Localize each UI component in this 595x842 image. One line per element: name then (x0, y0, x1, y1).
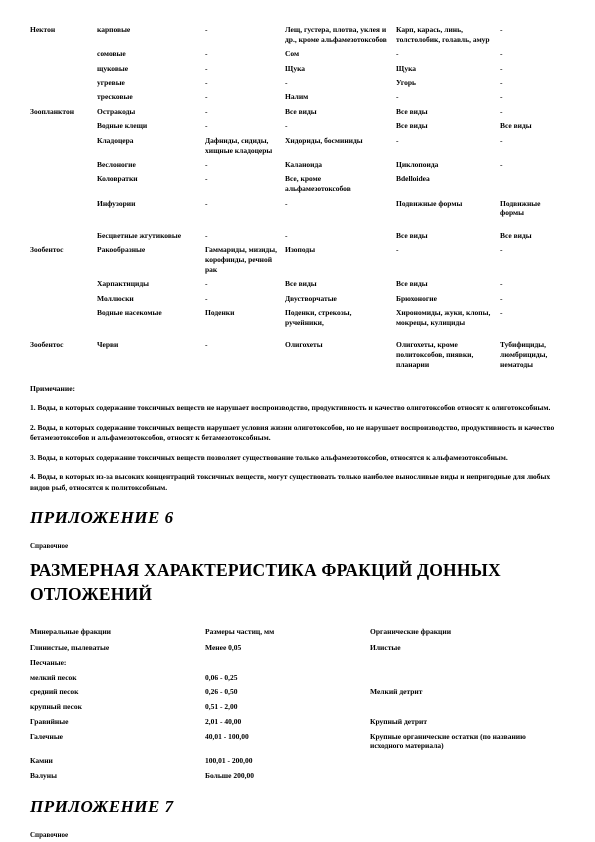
cell-organic-fraction: Мелкий детрит (370, 687, 568, 702)
cell-betamesotoxobic: Налим (285, 92, 396, 106)
cell-group (30, 49, 97, 63)
cell-particle-size (205, 658, 370, 673)
cell-particle-size: 0,26 - 0,50 (205, 687, 370, 702)
cell-organic-fraction (370, 658, 568, 673)
table-row: Веслоногие - Каланоида Циклопоида - (30, 160, 568, 174)
cell-polytoxobic: - (500, 78, 568, 92)
table-row: Кладоцера Дафниды, сидиды, хищные кладоц… (30, 136, 568, 160)
cell-alphamesotoxobic: Все виды (396, 107, 500, 121)
cell-alphamesotoxobic: - (396, 49, 500, 63)
cell-alphamesotoxobic: Щука (396, 64, 500, 78)
cell-betamesotoxobic: Хидориды, босминиды (285, 136, 396, 160)
cell-polytoxobic: Все виды (500, 231, 568, 245)
cell-mineral-fraction: средний песок (30, 687, 205, 702)
cell-alphamesotoxobic: Все виды (396, 279, 500, 293)
notes-section: Примечание: 1. Воды, в которых содержани… (30, 384, 568, 494)
document-page: Нектон карповые - Лещ, густера, плотва, … (0, 0, 595, 842)
cell-taxon: Бесцветные жгутиковые (97, 231, 205, 245)
cell-taxon: Кладоцера (97, 136, 205, 160)
cell-betamesotoxobic: Все, кроме альфамезотоксобов (285, 174, 396, 198)
cell-oligotoxobic: - (205, 160, 285, 174)
cell-polytoxobic: - (500, 279, 568, 293)
cell-betamesotoxobic: Сом (285, 49, 396, 63)
note-paragraph: 2. Воды, в которых содержание токсичных … (30, 423, 568, 444)
cell-group: Нектон (30, 25, 97, 49)
appendix-6-title: РАЗМЕРНАЯ ХАРАКТЕРИСТИКА ФРАКЦИЙ ДОННЫХ … (30, 559, 550, 606)
cell-polytoxobic: - (500, 49, 568, 63)
table-row: Харпактициды - Все виды Все виды - (30, 279, 568, 293)
cell-group (30, 308, 97, 332)
cell-alphamesotoxobic: - (396, 245, 500, 279)
table-row: Моллюски - Двустворчатые Брюхоногие - (30, 294, 568, 308)
table-row: Валуны Больше 200,00 (30, 771, 568, 786)
cell-oligotoxobic: - (205, 294, 285, 308)
cell-oligotoxobic: Поденки (205, 308, 285, 332)
table-row: Водные насекомые Поденки Поденки, стреко… (30, 308, 568, 332)
table-row: Зоопланктон Остракоды - Все виды Все вид… (30, 107, 568, 121)
cell-polytoxobic: - (500, 294, 568, 308)
cell-alphamesotoxobic: Брюхоногие (396, 294, 500, 308)
cell-betamesotoxobic: Поденки, стрекозы, ручейники, (285, 308, 396, 332)
cell-oligotoxobic: - (205, 340, 285, 374)
table-row: мелкий песок 0,06 - 0,25 (30, 673, 568, 688)
cell-oligotoxobic: - (205, 25, 285, 49)
cell-betamesotoxobic: Изоподы (285, 245, 396, 279)
column-header-organic: Органические фракции (370, 627, 568, 643)
cell-oligotoxobic: - (205, 231, 285, 245)
cell-taxon: Моллюски (97, 294, 205, 308)
cell-alphamesotoxobic: Bdelloidea (396, 174, 500, 198)
cell-organic-fraction (370, 673, 568, 688)
appendix-6-subtitle: Справочное (30, 542, 568, 550)
cell-polytoxobic: - (500, 308, 568, 332)
table-row: Галечные 40,01 - 100,00 Крупные органиче… (30, 732, 568, 757)
table-row: Коловратки - Все, кроме альфамезотоксобо… (30, 174, 568, 198)
cell-oligotoxobic: - (205, 199, 285, 223)
cell-organic-fraction: Крупный детрит (370, 717, 568, 732)
cell-organic-fraction: Крупные органические остатки (по названи… (370, 732, 568, 757)
appendix-7-subtitle: Справочное (30, 831, 568, 839)
cell-organic-fraction (370, 756, 568, 771)
table-row: крупный песок 0,51 - 2,00 (30, 702, 568, 717)
note-paragraph: 1. Воды, в которых содержание токсичных … (30, 403, 568, 414)
cell-mineral-fraction: Глинистые, пылеватые (30, 643, 205, 658)
table-row: средний песок 0,26 - 0,50 Мелкий детрит (30, 687, 568, 702)
cell-oligotoxobic: - (205, 78, 285, 92)
notes-title: Примечание: (30, 384, 568, 395)
table-row: Гравийные 2,01 - 40,00 Крупный детрит (30, 717, 568, 732)
cell-alphamesotoxobic: Карп, карась, линь, толстолобик, голавль… (396, 25, 500, 49)
cell-betamesotoxobic: Лещ, густера, плотва, уклея и др., кроме… (285, 25, 396, 49)
cell-betamesotoxobic: Каланоида (285, 160, 396, 174)
table-row: сомовые - Сом - - (30, 49, 568, 63)
table-row: Нектон карповые - Лещ, густера, плотва, … (30, 25, 568, 49)
cell-taxon: Остракоды (97, 107, 205, 121)
cell-polytoxobic: - (500, 160, 568, 174)
cell-taxon: Ракообразные (97, 245, 205, 279)
cell-alphamesotoxobic: Олигохеты, кроме политоксобов, пиявки, п… (396, 340, 500, 374)
cell-taxon: Водные насекомые (97, 308, 205, 332)
cell-particle-size: 0,06 - 0,25 (205, 673, 370, 688)
cell-particle-size: 2,01 - 40,00 (205, 717, 370, 732)
table-row: тресковые - Налим - - (30, 92, 568, 106)
cell-particle-size: Менее 0,05 (205, 643, 370, 658)
cell-oligotoxobic: - (205, 92, 285, 106)
cell-group (30, 279, 97, 293)
cell-group (30, 121, 97, 135)
cell-polytoxobic: - (500, 136, 568, 160)
cell-group (30, 136, 97, 160)
cell-mineral-fraction: Камни (30, 756, 205, 771)
cell-polytoxobic: Подвижные формы (500, 199, 568, 223)
cell-betamesotoxobic: Щука (285, 64, 396, 78)
cell-taxon: угревые (97, 78, 205, 92)
toxobity-indicator-table: Нектон карповые - Лещ, густера, плотва, … (30, 25, 568, 375)
cell-alphamesotoxobic: Циклопоида (396, 160, 500, 174)
cell-oligotoxobic: Гаммариды, мизиды, корофииды, речной рак (205, 245, 285, 279)
table-row: Зообентос Черви - Олигохеты Олигохеты, к… (30, 332, 568, 374)
cell-taxon: Водные клещи (97, 121, 205, 135)
cell-oligotoxobic: Дафниды, сидиды, хищные кладоцеры (205, 136, 285, 160)
table-row: Камни 100,01 - 200,00 (30, 756, 568, 771)
cell-alphamesotoxobic: - (396, 136, 500, 160)
cell-taxon: тресковые (97, 92, 205, 106)
table-row: Бесцветные жгутиковые - - Все виды Все в… (30, 223, 568, 245)
cell-taxon: Инфузории (97, 199, 205, 223)
cell-polytoxobic: Все виды (500, 121, 568, 135)
appendix-7-label: ПРИЛОЖЕНИЕ 7 (30, 797, 568, 817)
cell-alphamesotoxobic: - (396, 92, 500, 106)
cell-polytoxobic: - (500, 107, 568, 121)
cell-particle-size: Больше 200,00 (205, 771, 370, 786)
cell-polytoxobic: - (500, 245, 568, 279)
cell-organic-fraction (370, 702, 568, 717)
cell-group (30, 294, 97, 308)
cell-taxon: щуковые (97, 64, 205, 78)
note-paragraph: 4. Воды, в которых из-за высоких концент… (30, 472, 568, 493)
cell-group (30, 92, 97, 106)
cell-alphamesotoxobic: Все виды (396, 121, 500, 135)
cell-group (30, 231, 97, 245)
cell-mineral-fraction: крупный песок (30, 702, 205, 717)
cell-group (30, 160, 97, 174)
cell-polytoxobic (500, 174, 568, 198)
cell-particle-size: 0,51 - 2,00 (205, 702, 370, 717)
appendix-6-label: ПРИЛОЖЕНИЕ 6 (30, 508, 568, 528)
table-row: Зообентос Ракообразные Гаммариды, мизиды… (30, 245, 568, 279)
cell-group (30, 78, 97, 92)
cell-particle-size: 100,01 - 200,00 (205, 756, 370, 771)
table-row: щуковые - Щука Щука - (30, 64, 568, 78)
cell-oligotoxobic: - (205, 121, 285, 135)
cell-mineral-fraction: Песчаные: (30, 658, 205, 673)
column-header-size: Размеры частиц, мм (205, 627, 370, 643)
cell-betamesotoxobic: Все виды (285, 279, 396, 293)
table-row: Водные клещи - - Все виды Все виды (30, 121, 568, 135)
cell-mineral-fraction: Валуны (30, 771, 205, 786)
cell-group (30, 199, 97, 223)
cell-betamesotoxobic: - (285, 78, 396, 92)
cell-mineral-fraction: Гравийные (30, 717, 205, 732)
cell-group (30, 64, 97, 78)
cell-alphamesotoxobic: Подвижные формы (396, 199, 500, 223)
cell-mineral-fraction: Галечные (30, 732, 205, 757)
cell-taxon: Черви (97, 340, 205, 374)
fractions-rows: Глинистые, пылеватые Менее 0,05 Илистые … (30, 643, 568, 786)
cell-organic-fraction (370, 771, 568, 786)
cell-taxon: Веслоногие (97, 160, 205, 174)
cell-alphamesotoxobic: Все виды (396, 231, 500, 245)
cell-group: Зообентос (30, 245, 97, 279)
cell-oligotoxobic: - (205, 174, 285, 198)
cell-taxon: сомовые (97, 49, 205, 63)
cell-taxon: Коловратки (97, 174, 205, 198)
cell-polytoxobic: - (500, 92, 568, 106)
cell-oligotoxobic: - (205, 49, 285, 63)
cell-betamesotoxobic: Двустворчатые (285, 294, 396, 308)
cell-mineral-fraction: мелкий песок (30, 673, 205, 688)
cell-taxon: Харпактициды (97, 279, 205, 293)
fractions-table-header: Минеральные фракции Размеры частиц, мм О… (30, 627, 568, 643)
table-row: Песчаные: (30, 658, 568, 673)
cell-betamesotoxobic: - (285, 121, 396, 135)
note-paragraph: 3. Воды, в которых содержание токсичных … (30, 453, 568, 464)
cell-taxon: карповые (97, 25, 205, 49)
notes-list: 1. Воды, в которых содержание токсичных … (30, 403, 568, 493)
cell-organic-fraction: Илистые (370, 643, 568, 658)
cell-betamesotoxobic: - (285, 199, 396, 223)
cell-polytoxobic: - (500, 25, 568, 49)
cell-oligotoxobic: - (205, 64, 285, 78)
cell-group: Зоопланктон (30, 107, 97, 121)
cell-betamesotoxobic: - (285, 231, 396, 245)
column-header-mineral: Минеральные фракции (30, 627, 205, 643)
table-row: Инфузории - - Подвижные формы Подвижные … (30, 199, 568, 223)
cell-betamesotoxobic: Все виды (285, 107, 396, 121)
cell-betamesotoxobic: Олигохеты (285, 340, 396, 374)
cell-alphamesotoxobic: Хирономиды, жуки, клопы, мокрецы, кулици… (396, 308, 500, 332)
cell-polytoxobic: Тубифициды, люмбрициды, нематоды (500, 340, 568, 374)
cell-polytoxobic: - (500, 64, 568, 78)
table-row: Глинистые, пылеватые Менее 0,05 Илистые (30, 643, 568, 658)
cell-oligotoxobic: - (205, 107, 285, 121)
cell-particle-size: 40,01 - 100,00 (205, 732, 370, 757)
cell-group (30, 174, 97, 198)
sediment-fractions-table: Минеральные фракции Размеры частиц, мм О… (30, 627, 568, 785)
cell-group: Зообентос (30, 340, 97, 374)
cell-alphamesotoxobic: Угорь (396, 78, 500, 92)
cell-oligotoxobic: - (205, 279, 285, 293)
table-row: угревые - - Угорь - (30, 78, 568, 92)
